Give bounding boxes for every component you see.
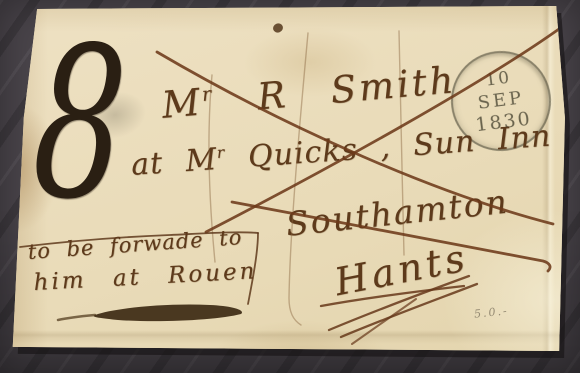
pencil-notation: 5.0.- <box>473 304 509 321</box>
address-inn-name: Quicks , Sun Inn <box>224 119 552 177</box>
ink-blot <box>272 22 284 34</box>
address-honorific: M <box>160 80 204 126</box>
address-line-county-crossed-out: Hants <box>331 235 472 304</box>
datestamp-day: 10 <box>484 68 512 91</box>
letter-photograph: 8 10 SEP 1830 Mr R Smith at Mr Quicks , … <box>0 0 580 373</box>
forwarding-note-line-2: him at Rouen <box>33 258 258 296</box>
ink-smear <box>94 305 242 322</box>
address-recipient-name: R Smith <box>213 58 458 122</box>
postal-rate-mark: 8 <box>29 17 131 231</box>
address-care-of: at M <box>130 142 218 183</box>
address-line-street: at Mr Quicks , Sun Inn <box>130 119 552 183</box>
aged-letter-paper: 8 10 SEP 1830 Mr R Smith at Mr Quicks , … <box>0 0 580 373</box>
address-line-recipient: Mr R Smith <box>160 58 458 127</box>
address-line-town: Southamton <box>284 182 510 244</box>
ink-smear-tail <box>58 315 95 320</box>
